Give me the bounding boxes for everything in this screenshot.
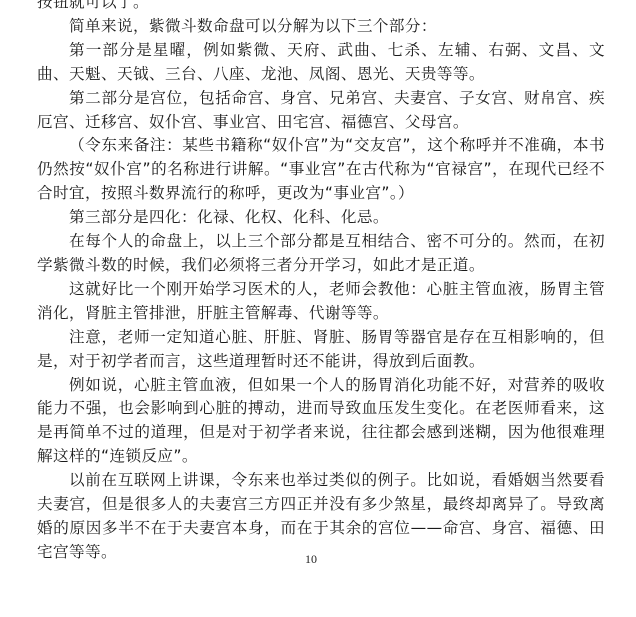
- paragraph-example: 例如说，心脏主管血液，但如果一个人的肠胃消化功能不好，对营养的吸收能力不强，也会…: [37, 374, 605, 470]
- paragraph-author-note: （令东来备注：某些书籍称“奴仆宫”为“交友宫”，这个称呼并不准确，本书仍然按“奴…: [37, 134, 605, 206]
- paragraph-marriage-example: 以前在互联网上讲课，令东来也举过类似的例子。比如说，看婚姻当然要看夫妻宫，但是很…: [37, 469, 605, 565]
- paragraph-part-one: 第一部分是星曜，例如紫微、天府、武曲、七杀、左辅、右弼、文昌、文曲、天魁、天钺、…: [37, 39, 605, 87]
- paragraph-continuation: 按钮就可以了。: [37, 0, 605, 15]
- page-number: 10: [0, 552, 622, 567]
- paragraph-part-three: 第三部分是四化：化禄、化权、化科、化忌。: [37, 206, 605, 230]
- paragraph-intro: 简单来说，紫微斗数命盘可以分解为以下三个部分：: [37, 15, 605, 39]
- paragraph-medical-analogy: 这就好比一个刚开始学习医术的人，老师会教他：心脏主管血液，肠胃主管消化，肾脏主管…: [37, 278, 605, 326]
- paragraph-part-two: 第二部分是宫位，包括命宫、身宫、兄弟宫、夫妻宫、子女宫、财帛宫、疾厄宫、迁移宫、…: [37, 87, 605, 135]
- paragraph-note: 注意，老师一定知道心脏、肝脏、肾脏、肠胃等器官是存在互相影响的，但是，对于初学者…: [37, 326, 605, 374]
- document-page: 按钮就可以了。 简单来说，紫微斗数命盘可以分解为以下三个部分： 第一部分是星曜，…: [37, 0, 605, 565]
- paragraph-combined: 在每个人的命盘上，以上三个部分都是互相结合、密不可分的。然而，在初学紫微斗数的时…: [37, 230, 605, 278]
